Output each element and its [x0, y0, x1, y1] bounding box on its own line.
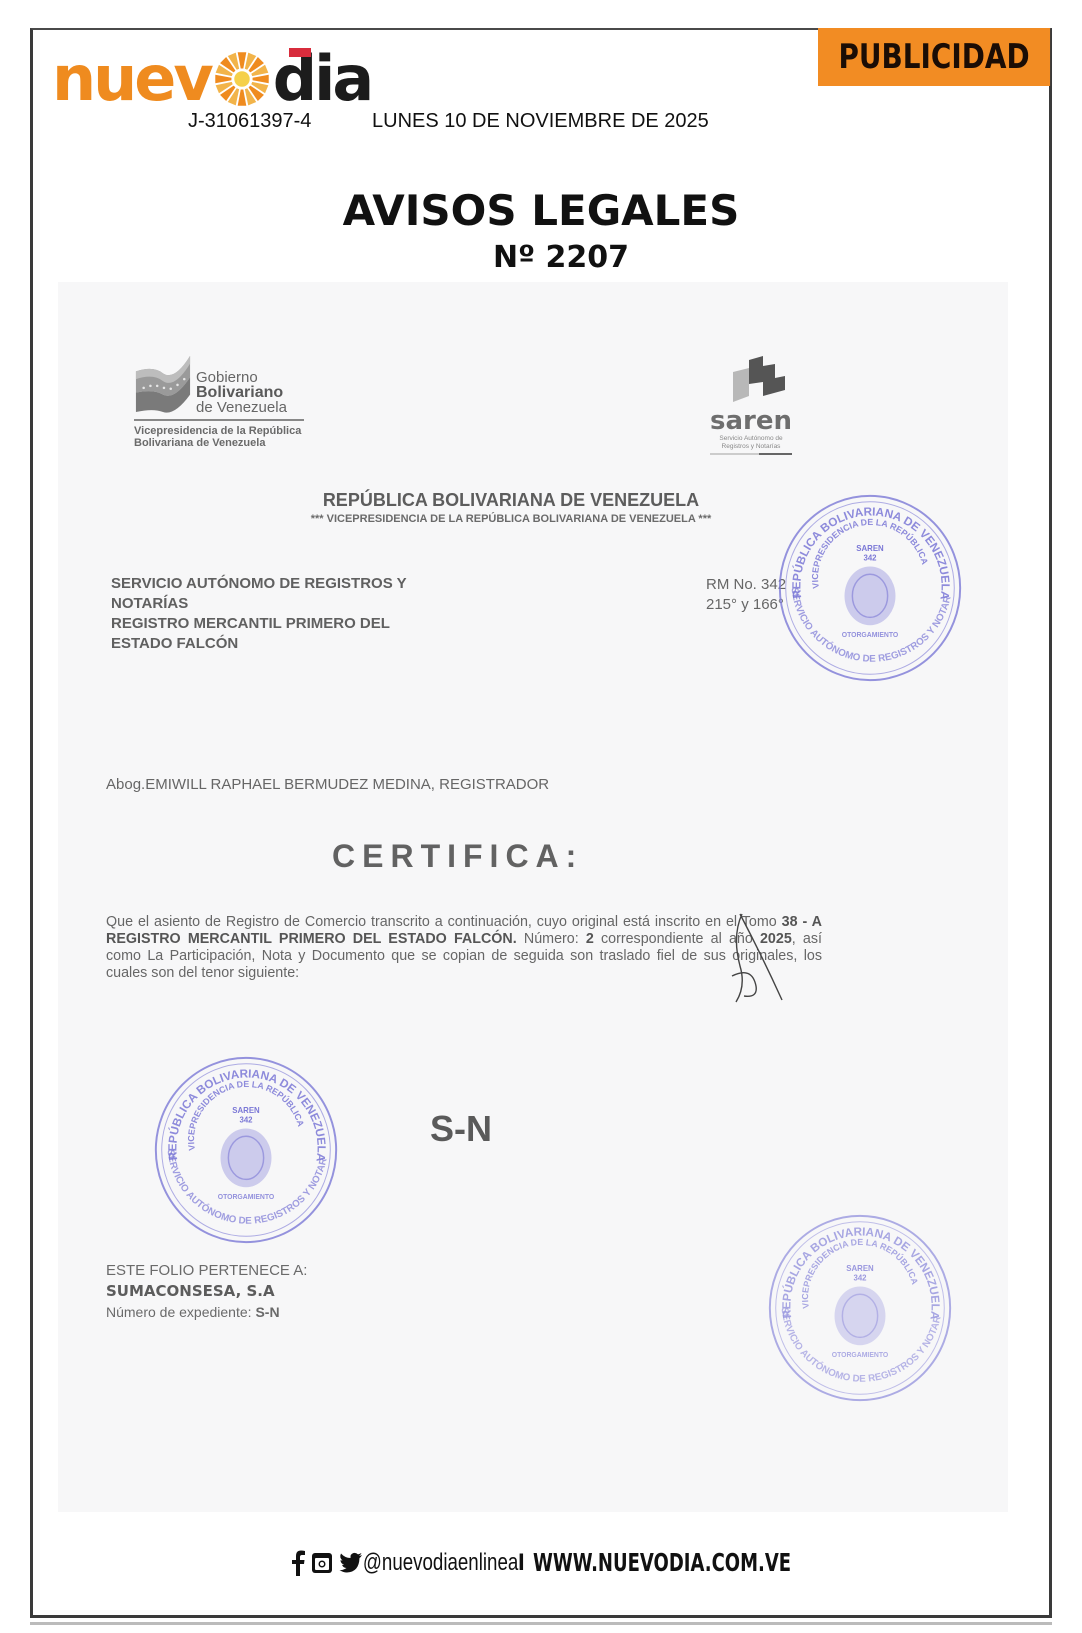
- svg-text:SAREN: SAREN: [856, 544, 884, 553]
- divider: [134, 419, 304, 421]
- registry-office: SERVICIO AUTÓNOMO DE REGISTROS Y NOTARÍA…: [111, 574, 407, 654]
- saren-logo: saren Servicio Autónomo de Registros y N…: [706, 356, 796, 455]
- svg-text:SAREN: SAREN: [232, 1106, 260, 1115]
- social-handle[interactable]: @nuevodiaenlinea: [363, 1549, 518, 1577]
- company-name: SUMACONSESA, S.A: [106, 1281, 307, 1302]
- divider: [710, 453, 792, 455]
- page-title: AVISOS LEGALES: [0, 186, 1082, 235]
- logo-red-accent: [289, 48, 311, 57]
- svg-text:OTORGAMIENTO: OTORGAMIENTO: [218, 1194, 275, 1201]
- file-number: S-N: [430, 1108, 492, 1150]
- divider: [30, 1622, 1052, 1625]
- certification-paragraph: Que el asiento de Registro de Comercio t…: [106, 914, 822, 982]
- svg-text:342: 342: [853, 1274, 867, 1283]
- venezuela-flag-icon: [134, 352, 192, 414]
- official-stamp-icon: REPÚBLICA BOLIVARIANA DE VENEZUELAVICEPR…: [148, 1052, 344, 1248]
- company-rif: J-31061397-4: [188, 110, 311, 133]
- instagram-icon[interactable]: [311, 1552, 333, 1574]
- svg-text:OTORGAMIENTO: OTORGAMIENTO: [842, 632, 899, 639]
- certifica-heading: CERTIFICA:: [332, 838, 583, 875]
- svg-text:SAREN: SAREN: [846, 1264, 874, 1273]
- svg-text:OTORGAMIENTO: OTORGAMIENTO: [832, 1352, 889, 1359]
- facebook-icon[interactable]: [291, 1550, 305, 1576]
- publicidad-badge: PUBLICIDAD: [818, 28, 1050, 86]
- nuevodia-logo[interactable]: nuev dia: [52, 44, 371, 110]
- sun-icon: [213, 50, 271, 108]
- official-stamp-icon: REPÚBLICA BOLIVARIANA DE VENEZUELAVICEPR…: [762, 1210, 958, 1406]
- saren-mark-icon: [727, 356, 787, 404]
- folio-owner: ESTE FOLIO PERTENECE A: SUMACONSESA, S.A…: [106, 1260, 307, 1323]
- issue-date: LUNES 10 DE NOVIEMBRE DE 2025: [372, 110, 709, 133]
- separator: I: [518, 1549, 525, 1577]
- svg-text:342: 342: [863, 554, 877, 563]
- notice-number: Nº 2207: [20, 240, 1082, 275]
- footer: @nuevodiaenlinea I WWW.NUEVODIA.COM.VE: [0, 1548, 1082, 1577]
- svg-text:342: 342: [239, 1116, 253, 1125]
- official-stamp-icon: REPÚBLICA BOLIVARIANA DE VENEZUELAVICEPR…: [772, 490, 968, 686]
- signature-icon: [722, 906, 792, 1006]
- website-link[interactable]: WWW.NUEVODIA.COM.VE: [533, 1548, 791, 1577]
- registrar-name: Abog.EMIWILL RAPHAEL BERMUDEZ MEDINA, RE…: [106, 776, 549, 793]
